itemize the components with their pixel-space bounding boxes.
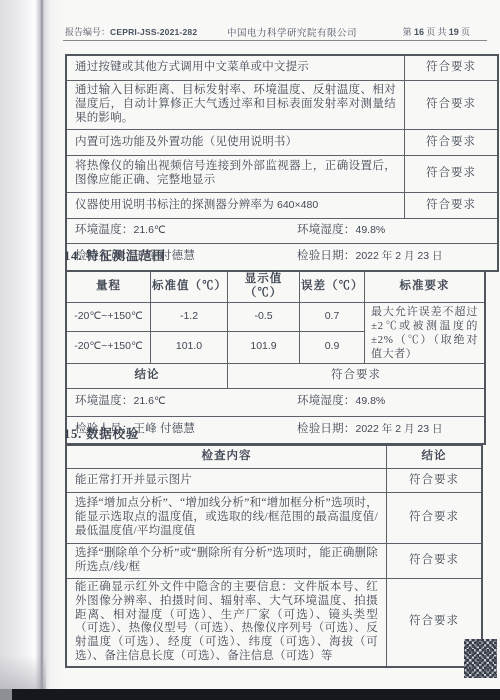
report-number: 报告编号：CEPRI-JSS-2021-282	[65, 25, 197, 38]
environment-row: 环境温度：21.6℃ 环境湿度：49.8%	[66, 219, 498, 244]
check-content-cell: 能正确显示红外文件中隐含的主要信息：文件版本号、红外图像分辨率、拍摄时间、辐射率…	[66, 579, 387, 667]
result-cell: 符合要求	[387, 544, 483, 579]
temperature-value: 21.6℃	[134, 395, 166, 407]
column-header: 误差（℃）	[300, 271, 365, 302]
check-content-cell: 将热像仪的输出视频信号连接到外部监视器上，正确设置后，图像应能正确、完整地显示	[66, 156, 405, 193]
environment-row: 环境温度：21.6℃ 环境湿度：49.8%	[66, 388, 485, 416]
check-content-text: 仪器使用说明书标注的探测器分辨率为	[75, 199, 277, 211]
environment-cell: 环境温度：21.6℃ 环境湿度：49.8%	[66, 219, 498, 244]
range-cell: -20℃~+150℃	[66, 302, 151, 331]
resolution-value: 640×480	[277, 199, 318, 211]
temperature-range-table: 量程 标准值（℃） 显示值（℃） 误差（℃） 标准要求 -20℃~+150℃ -…	[65, 270, 486, 445]
ambient-temperature: 环境温度：21.6℃	[75, 395, 297, 409]
column-header: 标准要求	[365, 271, 486, 302]
scanned-report-page: 报告编号：CEPRI-JSS-2021-282 中国电力科学研究院有限公司 第 …	[0, 0, 500, 700]
result-cell: 符合要求	[405, 55, 499, 81]
result-cell: 符合要求	[405, 130, 499, 156]
ambient-humidity: 环境湿度：49.8%	[297, 395, 385, 409]
page-indicator-text: 页	[459, 27, 470, 37]
function-check-table: 通过按键或其他方式调用中文菜单或中文提示 符合要求 通过输入目标距离、目标发射率…	[65, 54, 499, 272]
inspector-value: 王峰 付德慧	[134, 423, 196, 435]
ambient-temperature: 环境温度：21.6℃	[75, 224, 297, 238]
total-page-number: 19	[449, 27, 459, 37]
check-content-cell: 选择“删除单个分析”或“删除所有分析”选项时，能正确删除所选点/线/框	[66, 544, 387, 579]
company-name: 中国电力科学研究院有限公司	[222, 25, 362, 39]
column-header: 标准值（℃）	[151, 271, 228, 302]
result-cell: 符合要求	[387, 493, 483, 544]
date-label: 检验日期：	[297, 423, 356, 435]
inspection-date: 检验日期：2022 年 2 月 23 日	[297, 423, 442, 437]
temperature-value: 21.6℃	[134, 224, 166, 236]
conclusion-value-cell: 符合要求	[228, 363, 486, 388]
check-content-cell: 通过输入目标距离、目标发射率、环境温度、反射温度、相对湿度后，自动计算修正大气透…	[66, 81, 405, 130]
temperature-label: 环境温度：	[75, 395, 134, 407]
table-row: -20℃~+150℃ -1.2 -0.5 0.7 最大允许误差不超过±2℃或被测…	[66, 302, 485, 331]
date-label: 检验日期：	[297, 250, 356, 262]
result-cell: 符合要求	[405, 81, 499, 130]
displayed-value-cell: -0.5	[228, 302, 300, 331]
result-cell: 符合要求	[387, 469, 483, 493]
check-content-cell: 仪器使用说明书标注的探测器分辨率为 640×480	[66, 193, 405, 219]
check-content-cell: 能正常打开并显示图片	[66, 469, 387, 493]
check-content-cell: 选择“增加点分析”、“增加线分析”和“增加框分析”选项时，能显示选取点的温度值，…	[66, 493, 387, 544]
standard-requirement-cell: 最大允许误差不超过±2℃或被测温度的±2%（℃）（取绝对值大者）	[365, 302, 486, 363]
header-divider-line	[63, 40, 487, 41]
conclusion-label-cell: 结论	[66, 363, 228, 388]
standard-value-cell: -1.2	[151, 302, 228, 331]
table-row: 通过输入目标距离、目标发射率、环境温度、反射温度、相对湿度后，自动计算修正大气透…	[66, 81, 498, 130]
table-row: 内置可选功能及外置功能（见使用说明书） 符合要求	[66, 130, 498, 156]
scan-edge-band	[0, 689, 12, 700]
table-row: 将热像仪的输出视频信号连接到外部监视器上，正确设置后，图像应能正确、完整地显示 …	[66, 156, 498, 193]
table-row: 仪器使用说明书标注的探测器分辨率为 640×480 符合要求	[66, 193, 498, 219]
check-content-cell: 通过按键或其他方式调用中文菜单或中文提示	[66, 55, 405, 81]
table-row: 选择“增加点分析”、“增加线分析”和“增加框分析”选项时，能显示选取点的温度值，…	[66, 493, 482, 544]
inspection-date: 检验日期：2022 年 2 月 23 日	[297, 250, 442, 264]
humidity-value: 49.8%	[356, 395, 386, 407]
result-cell: 符合要求	[405, 193, 499, 219]
column-header: 检查内容	[66, 445, 387, 469]
date-value: 2022 年 2 月 23 日	[356, 423, 443, 435]
section-title-15: 15. 数据校验	[64, 424, 139, 442]
page-indicator-text: 第	[403, 27, 414, 37]
report-number-label: 报告编号：	[65, 27, 110, 37]
page-corner-shadow	[0, 655, 46, 689]
displayed-value-cell: 101.9	[228, 331, 300, 363]
ambient-humidity: 环境湿度：49.8%	[297, 224, 385, 238]
result-cell: 符合要求	[405, 156, 499, 193]
environment-cell: 环境温度：21.6℃ 环境湿度：49.8%	[66, 388, 485, 416]
table-header-row: 量程 标准值（℃） 显示值（℃） 误差（℃） 标准要求	[66, 271, 485, 302]
page-indicator-text: 页 共	[424, 27, 449, 37]
page-header: 报告编号：CEPRI-JSS-2021-282 中国电力科学研究院有限公司 第 …	[0, 25, 500, 39]
temperature-label: 环境温度：	[75, 224, 134, 236]
range-cell: -20℃~+150℃	[66, 331, 151, 363]
report-number-value: CEPRI-JSS-2021-282	[110, 27, 197, 37]
humidity-label: 环境湿度：	[297, 224, 356, 236]
table-row: 能正确显示红外文件中隐含的主要信息：文件版本号、红外图像分辨率、拍摄时间、辐射率…	[66, 579, 482, 667]
table-row: 能正常打开并显示图片 符合要求	[66, 469, 482, 493]
qr-code	[464, 639, 497, 678]
scan-edge-band	[12, 689, 500, 700]
column-header: 显示值（℃）	[228, 271, 300, 302]
data-verification-table: 检查内容 结论 能正常打开并显示图片 符合要求 选择“增加点分析”、“增加线分析…	[65, 444, 483, 668]
error-value-cell: 0.7	[300, 302, 365, 331]
table-row: 选择“删除单个分析”或“删除所有分析”选项时，能正确删除所选点/线/框 符合要求	[66, 544, 482, 579]
page-indicator: 第 16 页 共 19 页	[403, 25, 470, 38]
table-header-row: 检查内容 结论	[66, 445, 482, 469]
book-spine-shadow	[0, 0, 62, 700]
date-value: 2022 年 2 月 23 日	[356, 250, 443, 262]
standard-value-cell: 101.0	[151, 331, 228, 363]
section-title-14: 14. 特征测温范围	[64, 246, 166, 264]
current-page-number: 16	[414, 27, 424, 37]
conclusion-row: 结论 符合要求	[66, 363, 485, 388]
column-header: 量程	[66, 271, 151, 302]
humidity-value: 49.8%	[356, 224, 386, 236]
column-header: 结论	[387, 445, 483, 469]
table-row: 通过按键或其他方式调用中文菜单或中文提示 符合要求	[66, 55, 498, 81]
error-value-cell: 0.9	[300, 331, 365, 363]
humidity-label: 环境湿度：	[297, 395, 356, 407]
check-content-cell: 内置可选功能及外置功能（见使用说明书）	[66, 130, 405, 156]
